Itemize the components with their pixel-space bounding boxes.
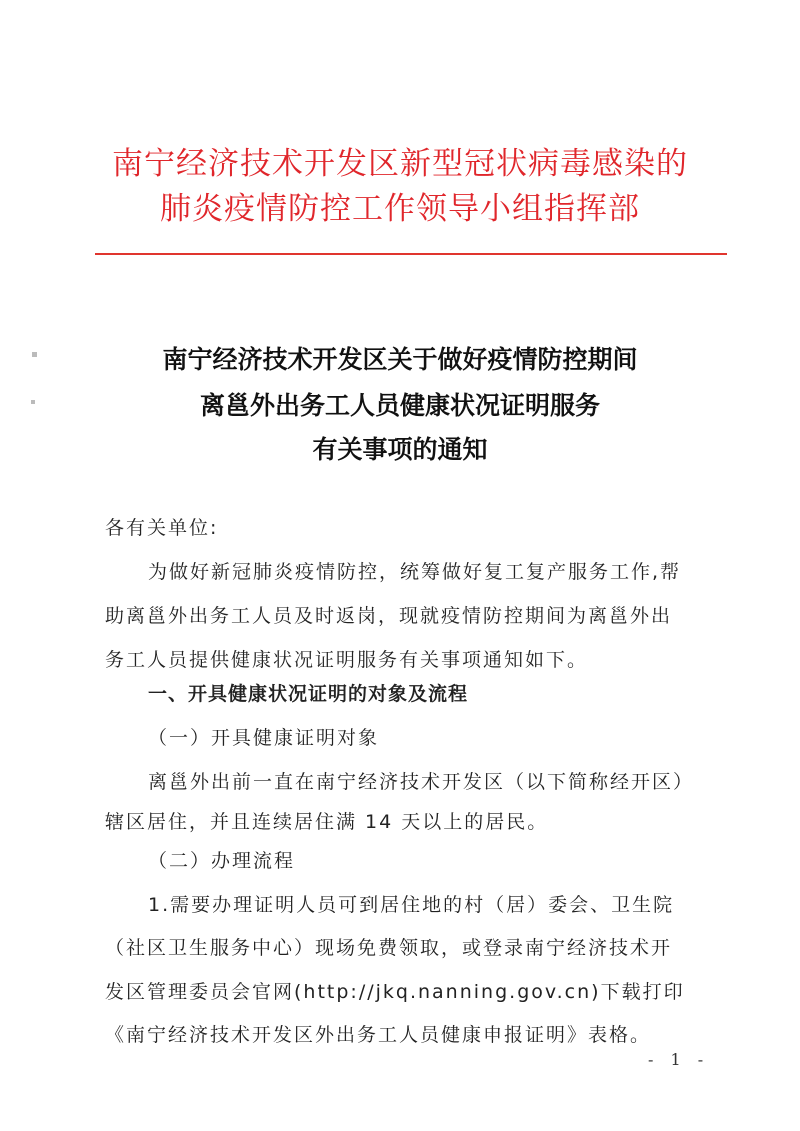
subsection-2-line-1: 1.需要办理证明人员可到居住地的村（居）委会、卫生院 xyxy=(148,890,674,917)
subsection-2-line-4: 《南宁经济技术开发区外出务工人员健康申报证明》表格。 xyxy=(105,1020,651,1047)
letterhead-divider xyxy=(95,253,727,255)
subsection-1-heading: （一）开具健康证明对象 xyxy=(148,723,379,750)
intro-line-3: 务工人员提供健康状况证明服务有关事项通知如下。 xyxy=(105,645,588,672)
section-1-heading: 一、开具健康状况证明的对象及流程 xyxy=(148,679,468,706)
title-line-1: 南宁经济技术开发区关于做好疫情防控期间 xyxy=(0,340,800,376)
subsection-2-line-2: （社区卫生服务中心）现场免费领取，或登录南宁经济技术开 xyxy=(105,933,672,960)
subsection-2-heading: （二）办理流程 xyxy=(148,846,295,873)
subsection-2-line-3: 发区管理委员会官网(http://jkq.nanning.gov.cn)下载打印 xyxy=(105,977,685,1004)
salutation: 各有关单位: xyxy=(105,513,218,540)
intro-line-2: 助离邕外出务工人员及时返岗，现就疫情防控期间为离邕外出 xyxy=(105,601,672,628)
subsection-1-line-1: 离邕外出前一直在南宁经济技术开发区（以下简称经开区） xyxy=(148,767,694,794)
page-number: - 1 - xyxy=(648,1050,709,1069)
title-line-3: 有关事项的通知 xyxy=(0,430,800,466)
letterhead-line-1: 南宁经济技术开发区新型冠状病毒感染的 xyxy=(0,138,800,183)
intro-line-1: 为做好新冠肺炎疫情防控，统筹做好复工复产服务工作,帮 xyxy=(148,557,681,584)
letterhead-line-2: 肺炎疫情防控工作领导小组指挥部 xyxy=(0,183,800,228)
title-line-2: 离邕外出务工人员健康状况证明服务 xyxy=(0,386,800,422)
subsection-1-line-2: 辖区居住，并且连续居住满 14 天以上的居民。 xyxy=(105,807,548,834)
